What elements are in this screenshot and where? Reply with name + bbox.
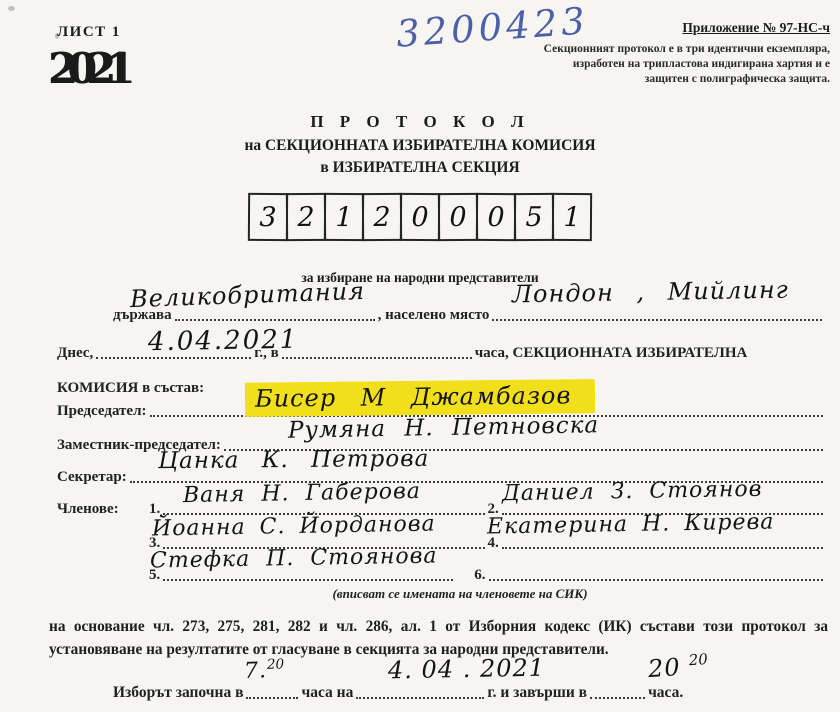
handwritten-secretary: Цанка К. Петрова xyxy=(158,446,429,474)
times-part2: часа на xyxy=(301,684,353,702)
start-time-dotted-field xyxy=(246,693,298,699)
country-dotted-field xyxy=(175,315,375,321)
start-time-minutes: 20 xyxy=(267,656,285,673)
annex-note-line: защитен с полиграфическа защита. xyxy=(430,72,830,87)
handwritten-date: 4.04.2021 xyxy=(148,325,299,358)
section-code-digit: 1 xyxy=(552,193,592,241)
annex-note: Секционният протокол е в три идентични е… xyxy=(430,42,830,88)
annex-title: Приложение № 97-НС-ч xyxy=(430,20,830,36)
chairman-label: Председател: xyxy=(57,403,147,420)
section-code-digit: 2 xyxy=(362,193,402,241)
end-time-hours: 20 xyxy=(647,653,681,683)
title-commission: на СЕКЦИОННАТА ИЗБИРАТЕЛНА КОМИСИЯ xyxy=(0,137,840,155)
title-section: в ИЗБИРАТЕЛНА СЕКЦИЯ xyxy=(0,159,840,177)
document-title: П Р О Т О К О Л на СЕКЦИОННАТА ИЗБИРАТЕЛ… xyxy=(0,112,840,177)
handwritten-member-1: Ваня Н. Габерова xyxy=(183,479,421,508)
handwritten-start-time: 7.20 xyxy=(244,656,285,684)
title-protocol: П Р О Т О К О Л xyxy=(0,112,840,132)
annex-note-line: изработен на трипластова индигирана харт… xyxy=(430,57,830,72)
section-code-digit: 0 xyxy=(438,193,478,241)
section-code-digit: 5 xyxy=(514,193,554,241)
annex-block: Приложение № 97-НС-ч Секционният протоко… xyxy=(430,20,830,88)
member-6-dotted-field xyxy=(489,575,824,581)
hour-dotted-field xyxy=(282,353,472,359)
handwritten-chairman-highlighted: Бисер М Джамбазов xyxy=(245,379,590,417)
handwritten-member-5: Стефка П. Стоянова xyxy=(150,543,438,573)
end-time-dotted-field xyxy=(590,693,645,699)
sheet-label: ЛИСТ 1 xyxy=(57,24,121,41)
section-code-boxes: 3 2 1 2 0 0 0 5 1 xyxy=(248,193,592,241)
commission-line: КОМИСИЯ в състав: xyxy=(57,380,204,397)
end-time-minutes: 20 xyxy=(688,650,708,669)
handwritten-deputy: Румяна Н. Петновска xyxy=(288,412,600,443)
secretary-label: Секретар: xyxy=(57,469,127,486)
times-part4: часа. xyxy=(648,684,683,702)
members-note: (вписват се имената на членовете на СИК) xyxy=(100,586,820,602)
section-code-digit: 0 xyxy=(400,193,440,241)
date-suffix: часа, СЕКЦИОННАТА ИЗБИРАТЕЛНА xyxy=(475,345,748,362)
start-time-hours: 7. xyxy=(244,658,268,684)
handwritten-place: Лондон , Мийлинг xyxy=(512,276,789,309)
annex-note-line: Секционният протокол е в три идентични е… xyxy=(430,42,830,57)
section-code-digit: 0 xyxy=(476,193,516,241)
year-2021-logo: 2021 xyxy=(48,44,139,93)
place-label: , населено място xyxy=(378,307,490,324)
bottom-date-dotted-field xyxy=(356,693,484,699)
section-code-digit: 2 xyxy=(286,193,326,241)
handwritten-member-3: Йоанна С. Йорданова xyxy=(152,512,436,542)
times-part1: Изборът започна в xyxy=(113,684,243,702)
scan-speck xyxy=(8,6,15,11)
members-label: Членове: xyxy=(57,501,149,518)
handwritten-end-time: 20 20 xyxy=(647,650,709,683)
member-5-dotted-field xyxy=(163,575,453,581)
member-number: 6. xyxy=(474,567,485,584)
times-part3: г. и завърши в xyxy=(487,684,587,702)
election-times-line: Изборът започна в часа на г. и завърши в… xyxy=(113,684,683,702)
handwritten-bottom-date: 4. 04 . 2021 xyxy=(388,654,545,685)
handwritten-member-2: Даниел З. Стоянов xyxy=(502,477,763,507)
place-dotted-field xyxy=(492,315,822,321)
scanned-protocol-page: ЛИСТ 1 2021 3200423 Приложение № 97-НС-ч… xyxy=(0,0,840,712)
date-prefix: Днес, xyxy=(57,345,93,362)
section-code-digit: 3 xyxy=(248,193,288,241)
handwritten-member-4: Екатерина Н. Кирева xyxy=(487,509,775,539)
member-4-dotted-field xyxy=(502,543,823,549)
section-code-digit: 1 xyxy=(324,193,364,241)
